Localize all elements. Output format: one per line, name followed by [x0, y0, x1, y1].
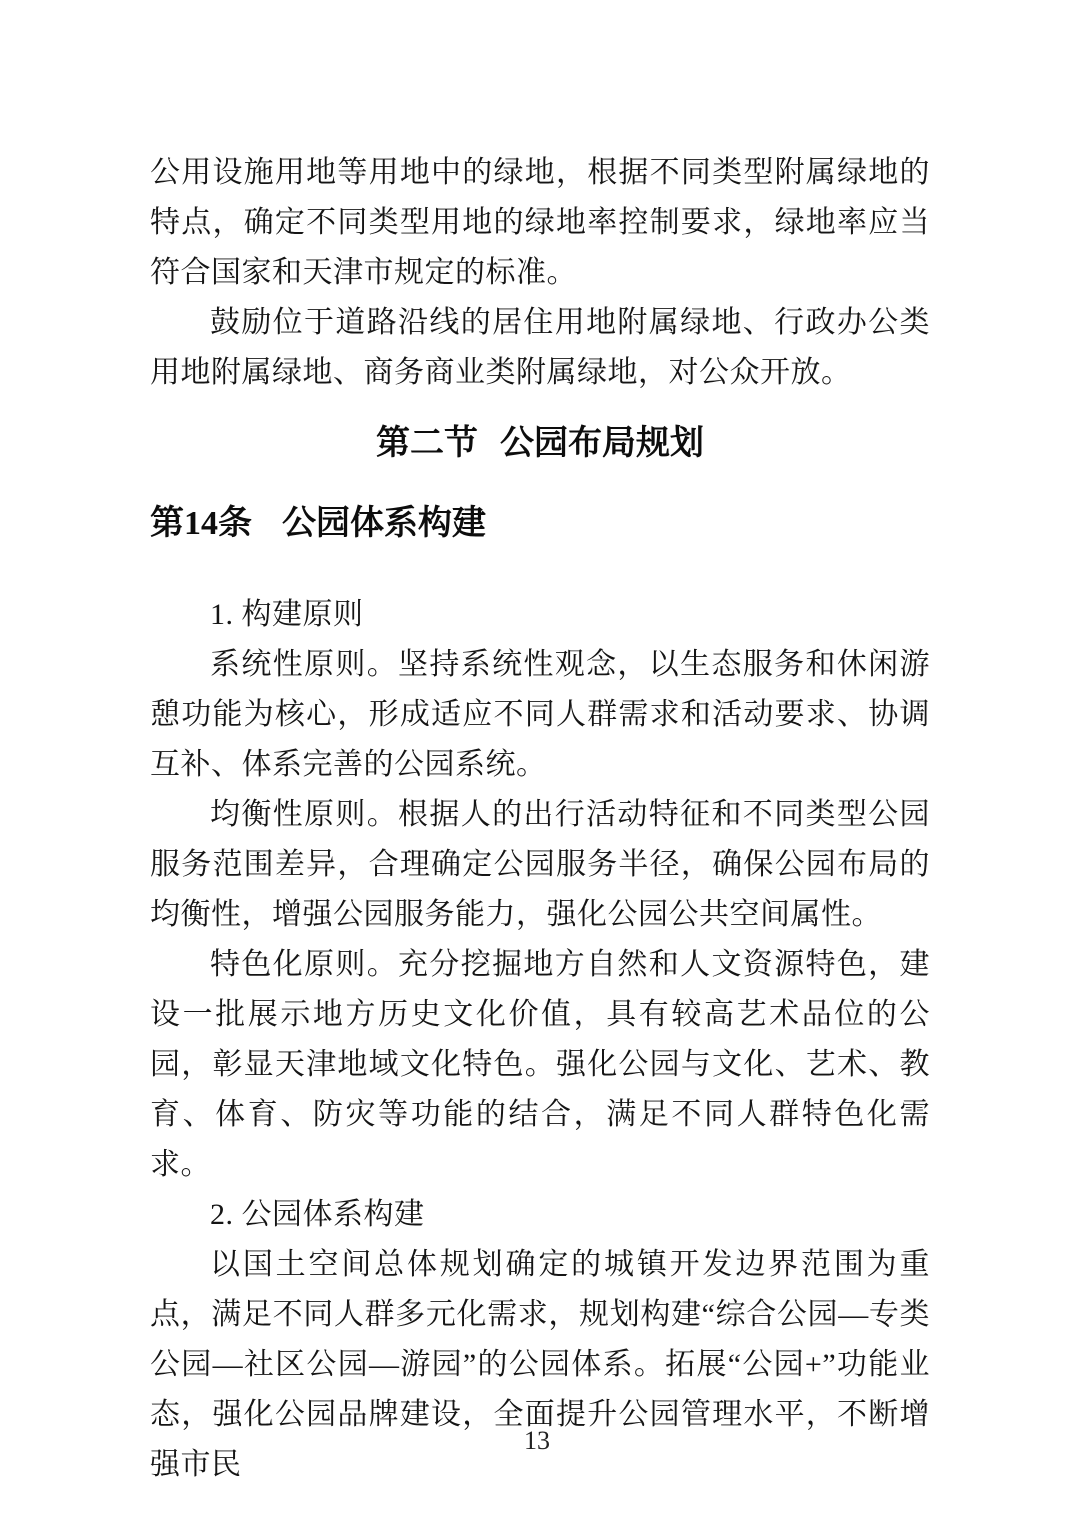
paragraph-open-to-public: 鼓励位于道路沿线的居住用地附属绿地、行政办公类用地附属绿地、商务商业类附属绿地，… [150, 298, 930, 398]
paragraph-distinctive-principle: 特色化原则。充分挖掘地方自然和人文资源特色，建设一批展示地方历史文化价值，具有较… [150, 940, 930, 1190]
paragraph-systematic-principle: 系统性原则。坚持系统性观念，以生态服务和休闲游憩功能为核心，形成适应不同人群需求… [150, 640, 930, 790]
article-number: 第14条 [150, 505, 252, 542]
paragraph-balanced-principle: 均衡性原则。根据人的出行活动特征和不同类型公园服务范围差异，合理确定公园服务半径… [150, 790, 930, 940]
section-number: 第二节 [376, 424, 478, 462]
section-heading: 第二节公园布局规划 [150, 420, 930, 466]
page-footer: 13 [0, 1428, 1074, 1454]
page-number: 13 [524, 1426, 550, 1455]
article-title: 公园体系构建 [282, 505, 486, 542]
numbered-item-2: 2. 公园体系构建 [150, 1190, 930, 1240]
document-body: 公用设施用地等用地中的绿地，根据不同类型附属绿地的特点，确定不同类型用地的绿地率… [150, 148, 930, 1490]
section-title: 公园布局规划 [500, 424, 704, 462]
paragraph-green-rate: 公用设施用地等用地中的绿地，根据不同类型附属绿地的特点，确定不同类型用地的绿地率… [150, 148, 930, 298]
document-page: 公用设施用地等用地中的绿地，根据不同类型附属绿地的特点，确定不同类型用地的绿地率… [0, 0, 1074, 1520]
article-heading: 第14条公园体系构建 [150, 502, 930, 546]
numbered-item-1: 1. 构建原则 [150, 590, 930, 640]
